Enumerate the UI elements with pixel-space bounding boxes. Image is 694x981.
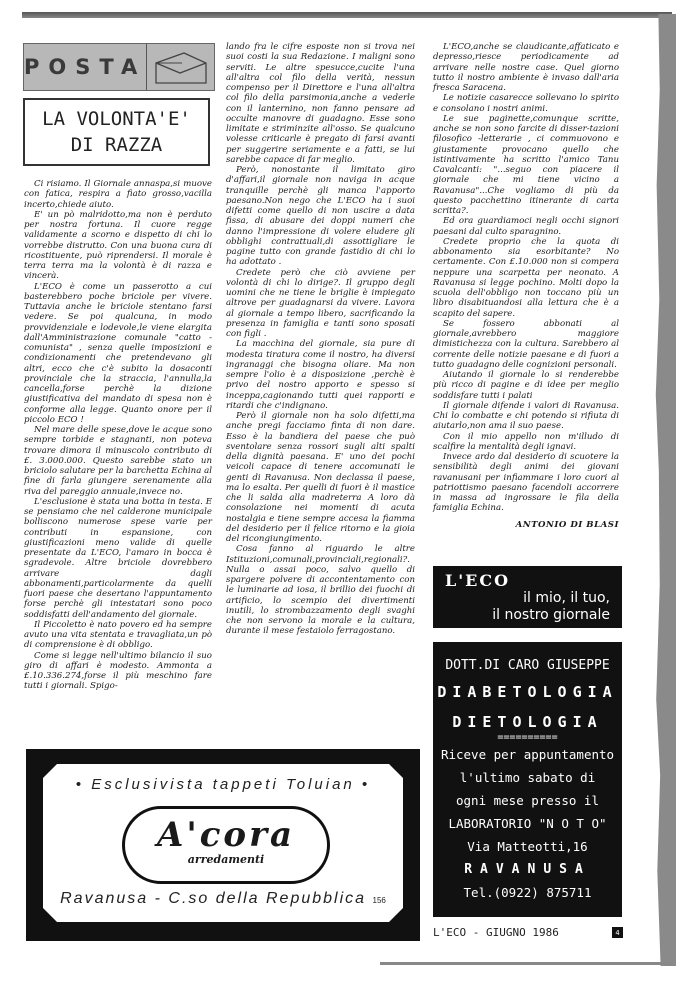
eco-promo-line-2: il nostro giornale (445, 607, 610, 624)
headline-line-2: DI RAZZA (71, 132, 163, 158)
doctor-specialty-1: DIABETOLOGIA (437, 681, 618, 703)
section-header-posta: POSTA (23, 43, 215, 91)
paragraph: Cosa fanno al riguardo le altre Istituzi… (226, 544, 415, 636)
paragraph: Come si legge nell'ultimo bilancio il su… (24, 651, 212, 692)
issue-label: L'ECO - GIUGNO 1986 (433, 926, 559, 939)
paragraph: Invece ardo dal desiderio di scuotere la… (433, 452, 619, 514)
doctor-specialty-2: DIETOLOGIA (437, 711, 618, 733)
doctor-name: DOTT.DI CARO GIUSEPPE (437, 658, 618, 673)
page-footer: L'ECO - GIUGNO 1986 4 (433, 926, 623, 939)
section-label: POSTA (24, 44, 147, 90)
article-column-3: L'ECO,anche se claudicante,affaticato e … (433, 42, 619, 530)
page-number: 4 (612, 927, 623, 938)
author-signature: ANTONIO DI BLASI (433, 520, 619, 530)
doctor-info-line: LABORATORIO "N O T O" (437, 812, 618, 835)
doctor-info-line: Via Matteotti,16 (437, 835, 618, 858)
acora-ad-panel: • Esclusivista tappeti Toluian • A'cora … (43, 764, 403, 922)
paragraph: Il Piccoletto è nato povero ed ha sempre… (24, 620, 212, 651)
bottom-rule (380, 962, 672, 965)
eco-promo-line-1: il mio, il tuo, (445, 590, 610, 607)
article-headline: LA VOLONTA'E' DI RAZZA (23, 98, 210, 166)
paragraph: lando fra le cifre esposte non si trova … (226, 42, 415, 165)
acora-address-text: Ravanusa - C.so della Repubblica (60, 890, 366, 907)
paragraph: Ci risiamo. Il Giornale annaspa,si muove… (24, 179, 212, 210)
torn-page-edge (654, 14, 676, 966)
article-column-2: lando fra le cifre esposte non si trova … (226, 42, 415, 637)
doctor-info-line: Riceve per appuntamento (437, 743, 618, 766)
acora-address-number: 156 (373, 896, 386, 905)
paragraph: Con il mio appello non m'illudo di scalf… (433, 432, 619, 453)
headline-line-1: LA VOLONTA'E' (42, 106, 191, 132)
paragraph: Il giornale difende i valori di Ravanusa… (433, 401, 619, 432)
acora-tagline: • Esclusivista tappeti Toluian • (43, 776, 403, 793)
paragraph: L'ECO è come un passerotto a cui bastere… (24, 282, 212, 426)
paragraph: Le sue paginette,comunque scritte, anche… (433, 114, 619, 217)
paragraph: E' un pò malridotto,ma non è perduto per… (24, 210, 212, 282)
envelope-icon (147, 44, 214, 90)
doctor-info-line: ogni mese presso il (437, 789, 618, 812)
paragraph: Credete proprio che la quota di abboname… (433, 237, 619, 319)
acora-logo: A'cora arredamenti (122, 806, 330, 884)
acora-address: Ravanusa - C.so della Repubblica 156 (43, 890, 403, 908)
doctor-city: RAVANUSA (437, 858, 618, 881)
paragraph: Però il giornale non ha solo difetti,ma … (226, 411, 415, 544)
paragraph: La macchina del giornale, sia pure di mo… (226, 339, 415, 411)
doctor-info-line: l'ultimo sabato di (437, 766, 618, 789)
paragraph: Credete però che ciò avviene per volontà… (226, 268, 415, 340)
paragraph: Le notizie casarecce sollevano lo spirit… (433, 93, 619, 114)
paragraph: Aiutando il giornale lo si renderebbe pi… (433, 370, 619, 401)
paragraph: Nel mare delle spese,dove le acque sono … (24, 425, 212, 497)
paragraph: L'esclusione è stata una botta in testa.… (24, 497, 212, 620)
eco-promo-title: L'ECO (445, 571, 610, 590)
doctor-phone: Tel.(0922) 875711 (437, 881, 618, 904)
paragraph: Se fossero abbonati al giornale,avrebber… (433, 319, 619, 370)
paragraph: L'ECO,anche se claudicante,affaticato e … (433, 42, 619, 93)
acora-subtitle: arredamenti (125, 853, 327, 866)
acora-advertisement: • Esclusivista tappeti Toluian • A'cora … (26, 749, 420, 941)
top-rule (22, 12, 672, 18)
article-column-1: Ci risiamo. Il Giornale annaspa,si muove… (24, 179, 212, 692)
paragraph: Però, nonostante il limitato giro d'affa… (226, 165, 415, 268)
decorative-rule: ========== (437, 733, 618, 743)
eco-promo-box: L'ECO il mio, il tuo, il nostro giornale (433, 566, 622, 628)
paragraph: Ed ora guardiamoci negli occhi signori p… (433, 216, 619, 237)
acora-brand: A'cora (125, 813, 327, 857)
doctor-advertisement: DOTT.DI CARO GIUSEPPE DIABETOLOGIA DIETO… (433, 642, 622, 917)
